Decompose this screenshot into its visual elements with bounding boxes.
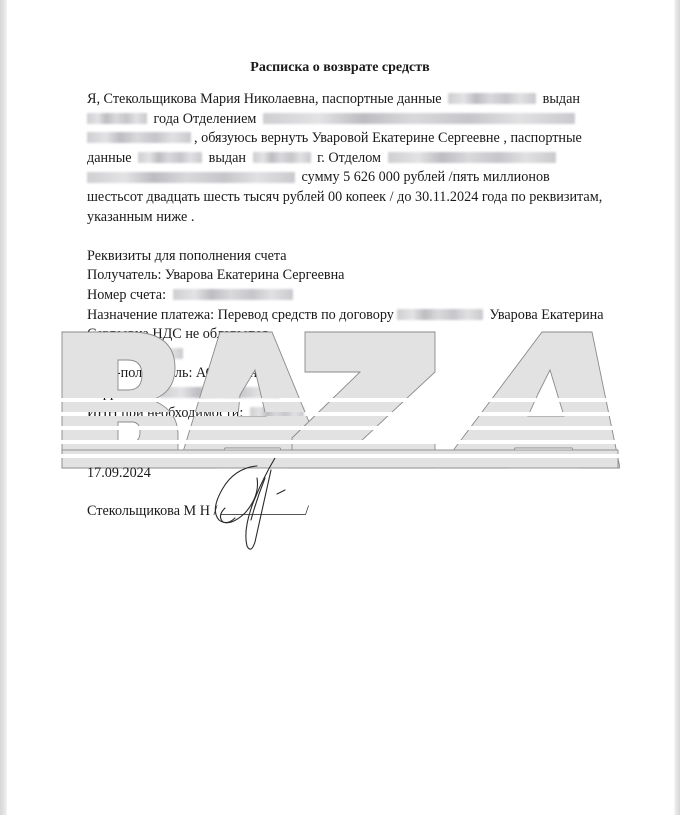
signature-end-slash: /: [305, 503, 309, 519]
signature-underline: [221, 504, 305, 515]
paragraph-line-7: указанным ниже .: [87, 208, 617, 228]
text-segment: выдан: [209, 150, 246, 166]
document-body: Я, Стекольщикова Мария Николаевна, паспо…: [87, 90, 617, 423]
text-segment: года Отделением: [154, 111, 257, 127]
paragraph-line-5: сумму 5 626 000 рублей /пять миллионов: [87, 168, 617, 188]
text-segment: , обязуюсь вернуть Уваровой Екатерине Се…: [194, 130, 582, 146]
text-segment: данные: [87, 150, 132, 166]
redacted-corr-account: [160, 387, 280, 398]
requisites-inn: ИНН при необходимости:: [87, 404, 617, 424]
redacted-bik: [125, 348, 183, 359]
redacted-issuer-2-cont: [87, 172, 295, 183]
text-segment: Уварова Екатерина: [489, 307, 603, 323]
redacted-issuer-cont: [87, 132, 191, 143]
paragraph-line-6: шестьсот двадцать шесть тысяч рублей 00 …: [87, 188, 617, 208]
amount-text: сумму 5 626 000 рублей /пять миллионов: [302, 169, 550, 185]
requisites-purpose: Назначение платежа: Перевод средств по д…: [87, 306, 617, 326]
page-edge-right: [674, 0, 680, 815]
paragraph-line-2: года Отделением: [87, 110, 617, 130]
requisites-bik: БИК:: [87, 345, 617, 365]
signatory-name: Стекольщикова М Н /: [87, 503, 217, 519]
requisites-heading: Реквизиты для пополнения счета: [87, 247, 617, 267]
redacted-passport: [448, 93, 536, 104]
requisites-recipient: Получатель: Уварова Екатерина Сергеевна: [87, 266, 617, 286]
text-segment: Я, Стекольщикова Мария Николаевна, паспо…: [87, 91, 442, 107]
redacted-date-2: [253, 152, 311, 163]
redacted-date: [87, 113, 147, 124]
requisites-account: Номер счета:: [87, 286, 617, 306]
requisites-bank: Банк-получатель: АО «ТБанк»: [87, 364, 617, 384]
paragraph-line-4: данные выдан г. Отделом: [87, 149, 617, 169]
redacted-contract: [397, 309, 483, 320]
page-edge-left: [0, 0, 7, 815]
redacted-account: [173, 289, 293, 300]
redacted-issuer: [263, 113, 575, 124]
paragraph-line-1: Я, Стекольщикова Мария Николаевна, паспо…: [87, 90, 617, 110]
bik-label: БИК:: [87, 346, 119, 362]
requisites-corr: Корр. счет:: [87, 384, 617, 404]
redacted-passport-2: [138, 152, 202, 163]
redacted-issuer-2: [388, 152, 556, 163]
document-page: Расписка о возврате средств Я, Стекольщи…: [0, 0, 680, 815]
signature-line: Стекольщикова М Н / /: [87, 503, 309, 520]
document-date: 17.09.2024: [87, 465, 151, 482]
text-segment: г. Отделом: [317, 150, 381, 166]
account-label: Номер счета:: [87, 287, 166, 303]
document-title: Расписка о возврате средств: [0, 60, 680, 76]
text-segment: выдан: [543, 91, 580, 107]
inn-label: ИНН при необходимости:: [87, 405, 243, 421]
redacted-inn: [250, 407, 304, 418]
purpose-label: Назначение платежа: Перевод средств по д…: [87, 307, 394, 323]
requisites-purpose-cont: Сергеевна НДС не облагается: [87, 325, 617, 345]
corr-label: Корр. счет:: [87, 385, 154, 401]
paragraph-line-3: , обязуюсь вернуть Уваровой Екатерине Се…: [87, 129, 617, 149]
